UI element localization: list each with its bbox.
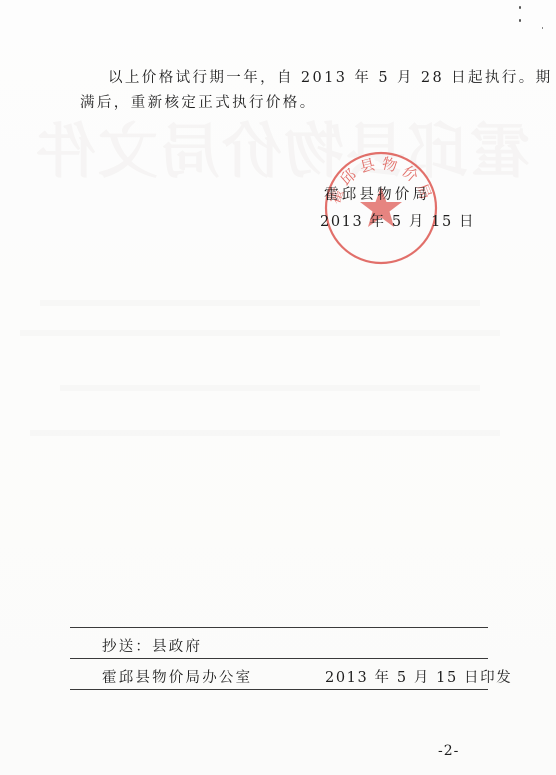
page-number: -2- bbox=[438, 743, 459, 759]
signature-organization: 霍邱县物价局 bbox=[324, 183, 430, 204]
footer-divider-top bbox=[70, 627, 488, 628]
footer-issuer: 霍邱县物价局办公室 bbox=[102, 666, 252, 687]
footer-divider-middle bbox=[70, 658, 488, 659]
paragraph-line-1: 以上价格试行期一年，自 2013 年 5 月 28 日起执行。期 bbox=[108, 66, 553, 87]
footer-divider-bottom bbox=[70, 689, 488, 690]
footer-issue-date: 2013 年 5 月 15 日印发 bbox=[325, 666, 512, 687]
official-seal-icon: 霍邱县物价局 bbox=[322, 149, 440, 267]
paragraph-line-2: 满后，重新核定正式执行价格。 bbox=[80, 91, 317, 112]
bleed-through-header: 霍邱县物价局文件 bbox=[70, 104, 530, 190]
document-page: 霍邱县物价局文件 以上价格试行期一年，自 2013 年 5 月 28 日起执行。… bbox=[0, 0, 556, 775]
signature-date: 2013 年 5 月 15 日 bbox=[320, 210, 475, 231]
footer-cc: 抄送：县政府 bbox=[102, 635, 202, 656]
bleed-through-text bbox=[0, 290, 556, 490]
